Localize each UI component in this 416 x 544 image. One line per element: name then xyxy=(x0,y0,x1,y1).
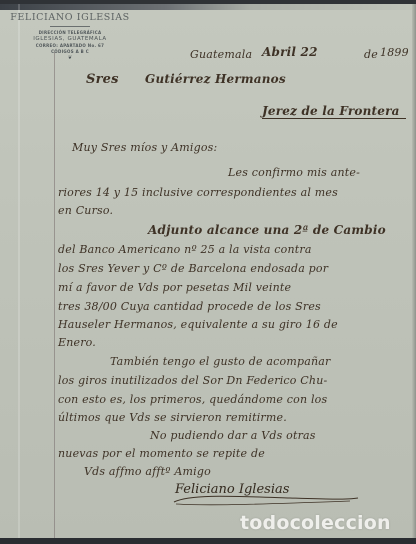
body-line-8: tres 38/00 Cuya cantidad procede de los … xyxy=(58,300,321,313)
letterhead-name: FELICIANO IGLESIAS xyxy=(10,12,130,23)
greeting: Muy Sres míos y Amigos: xyxy=(72,141,217,154)
body-line-6: los Sres Yever y Cº de Barcelona endosad… xyxy=(58,262,328,275)
addressee-city: Jerez de la Frontera xyxy=(262,104,406,119)
closing-line-2: nuevas por el momento se repite de xyxy=(58,447,265,460)
watermark: todocoleccion xyxy=(240,512,391,534)
date-year-prefix: de xyxy=(364,48,378,61)
ornament-icon: ❦ xyxy=(10,55,130,61)
addressee-salutation: Sres xyxy=(86,72,119,87)
signature-flourish xyxy=(170,490,360,510)
body-line-2: riores 14 y 15 inclusive correspondiente… xyxy=(58,186,338,199)
body-line-7: mí a favor de Vds por pesetas Mil veinte xyxy=(58,281,291,294)
date-month-day: Abril 22 xyxy=(262,45,318,59)
body-line-12: los giros inutilizados del Sor Dn Federi… xyxy=(58,374,327,387)
body-line-10: Enero. xyxy=(58,336,96,349)
top-shadow xyxy=(0,4,416,10)
letterhead-address: IGLESIAS, GUATEMALA xyxy=(10,36,130,43)
body-line-1: Les confirmo mis ante- xyxy=(228,166,360,179)
bottom-edge xyxy=(0,538,416,544)
letterhead-rule xyxy=(50,26,90,27)
body-line-4: Adjunto alcance una 2ª de Cambio xyxy=(148,223,386,237)
body-line-3: en Curso. xyxy=(58,204,113,217)
right-edge xyxy=(412,4,416,538)
margin-line xyxy=(54,52,55,538)
body-line-5: del Banco Americano nº 25 a la vista con… xyxy=(58,243,312,256)
addressee-name: Gutiérrez Hermanos xyxy=(145,72,286,86)
body-line-13: con esto es, los primeros, quedándome co… xyxy=(58,393,327,406)
closing-line-1: No pudiendo dar a Vds otras xyxy=(150,429,316,442)
date-year: 1899 xyxy=(380,46,409,59)
letter-paper: FELICIANO IGLESIAS DIRECCIÓN TELEGRÁFICA… xyxy=(0,4,416,538)
fold-line xyxy=(18,4,20,538)
date-place: Guatemala xyxy=(190,48,252,61)
closing-line-3: Vds affmo afftº Amigo xyxy=(84,465,211,478)
body-line-11: También tengo el gusto de acompañar xyxy=(110,355,330,368)
letterhead: FELICIANO IGLESIAS DIRECCIÓN TELEGRÁFICA… xyxy=(10,12,130,61)
body-line-9: Hauseler Hermanos, equivalente a su giro… xyxy=(58,318,338,331)
body-line-14: últimos que Vds se sirvieron remitirme. xyxy=(58,411,287,424)
